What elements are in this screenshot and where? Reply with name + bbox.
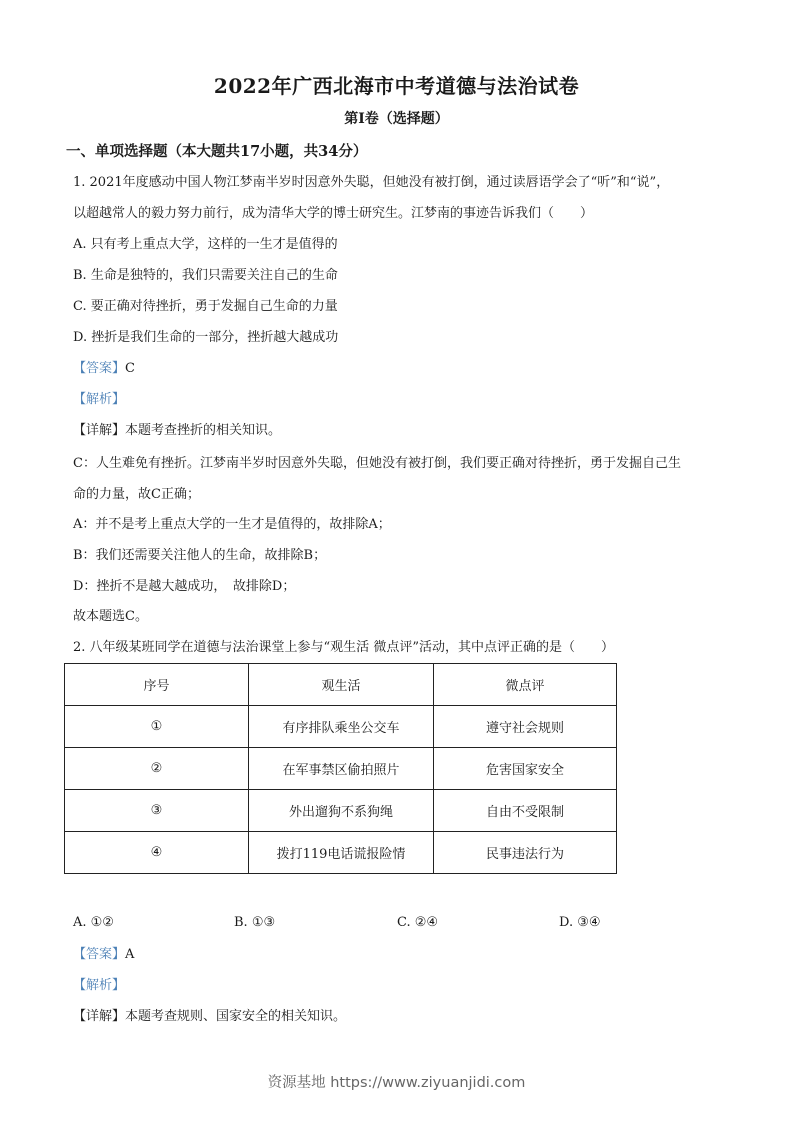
table-cell: ③ xyxy=(65,790,249,832)
q1-option-a: A. 只有考上重点大学，这样的一生才是值得的 xyxy=(73,237,338,253)
q2-option-d: D. ③④ xyxy=(559,915,601,930)
table-header: 观生活 xyxy=(249,664,434,706)
q2-option-c: C. ②④ xyxy=(397,915,438,930)
q1-stem-line1: 1. 2021年度感动中国人物江梦南半岁时因意外失聪，但她没有被打倒，通过读唇语… xyxy=(73,175,669,191)
q2-table: 序号 观生活 微点评 ① 有序排队乘坐公交车 遵守社会规则 ② 在军事禁区偷拍照… xyxy=(64,663,617,874)
q1-option-d: D. 挫折是我们生命的一部分，挫折越大越成功 xyxy=(73,330,338,346)
table-cell: ② xyxy=(65,748,249,790)
document-title: 2022年广西北海市中考道德与法治试卷 xyxy=(0,70,793,99)
q1-answer-label: 【答案】 xyxy=(73,361,125,376)
q1-answer: 【答案】C xyxy=(73,361,135,377)
table-cell: 在军事禁区偷拍照片 xyxy=(249,748,434,790)
q1-option-b: B. 生命是独特的，我们只需要关注自己的生命 xyxy=(73,268,338,284)
q1-option-c: C. 要正确对待挫折，勇于发掘自己生命的力量 xyxy=(73,299,338,315)
q2-answer-label: 【答案】 xyxy=(73,947,125,962)
table-cell: 民事违法行为 xyxy=(434,832,617,874)
table-cell: 有序排队乘坐公交车 xyxy=(249,706,434,748)
q2-option-a: A. ①② xyxy=(73,915,114,930)
q2-stem: 2. 八年级某班同学在道德与法治课堂上参与“观生活 微点评”活动，其中点评正确的… xyxy=(73,640,614,656)
table-row: ② 在军事禁区偷拍照片 危害国家安全 xyxy=(65,748,617,790)
q1-explanation-3: A：并不是考上重点大学的一生才是值得的，故排除A； xyxy=(73,517,391,533)
table-cell: ④ xyxy=(65,832,249,874)
q2-detail: 【详解】本题考查规则、国家安全的相关知识。 xyxy=(73,1009,346,1025)
q2-option-b: B. ①③ xyxy=(234,915,275,930)
table-header: 微点评 xyxy=(434,664,617,706)
table-row: ④ 拨打119电话谎报险情 民事违法行为 xyxy=(65,832,617,874)
table-cell: 遵守社会规则 xyxy=(434,706,617,748)
table-cell: 自由不受限制 xyxy=(434,790,617,832)
q1-explanation-5: D：挫折不是越大越成功， 故排除D； xyxy=(73,579,295,595)
table-header: 序号 xyxy=(65,664,249,706)
footer-watermark: 资源基地 https://www.ziyuanjidi.com xyxy=(0,1071,793,1092)
q1-explanation-1: C：人生难免有挫折。江梦南半岁时因意外失聪，但她没有被打倒，我们要正确对待挫折，… xyxy=(73,456,681,472)
table-cell: 拨打119电话谎报险情 xyxy=(249,832,434,874)
q1-explanation-4: B：我们还需要关注他人的生命，故排除B； xyxy=(73,548,326,564)
document-subtitle: 第I卷（选择题） xyxy=(0,108,793,128)
q1-explanation-6: 故本题选C。 xyxy=(73,609,148,625)
q1-explanation-2: 命的力量，故C正确； xyxy=(73,487,200,503)
q2-answer-value: A xyxy=(125,947,134,962)
q1-analysis-label: 【解析】 xyxy=(73,392,125,408)
q1-answer-value: C xyxy=(125,361,135,376)
q2-answer: 【答案】A xyxy=(73,947,134,963)
q1-detail: 【详解】本题考查挫折的相关知识。 xyxy=(73,423,281,439)
exam-page: 2022年广西北海市中考道德与法治试卷 第I卷（选择题） 一、单项选择题（本大题… xyxy=(0,0,793,1122)
table-cell: 危害国家安全 xyxy=(434,748,617,790)
table-cell: ① xyxy=(65,706,249,748)
q2-analysis-label: 【解析】 xyxy=(73,978,125,994)
table-header-row: 序号 观生活 微点评 xyxy=(65,664,617,706)
table-row: ③ 外出遛狗不系狗绳 自由不受限制 xyxy=(65,790,617,832)
q1-stem-line2: 以超越常人的毅力努力前行，成为清华大学的博士研究生。江梦南的事迹告诉我们（ ） xyxy=(73,206,593,222)
section-heading: 一、单项选择题（本大题共17小题，共34分） xyxy=(66,140,367,161)
table-row: ① 有序排队乘坐公交车 遵守社会规则 xyxy=(65,706,617,748)
table-cell: 外出遛狗不系狗绳 xyxy=(249,790,434,832)
